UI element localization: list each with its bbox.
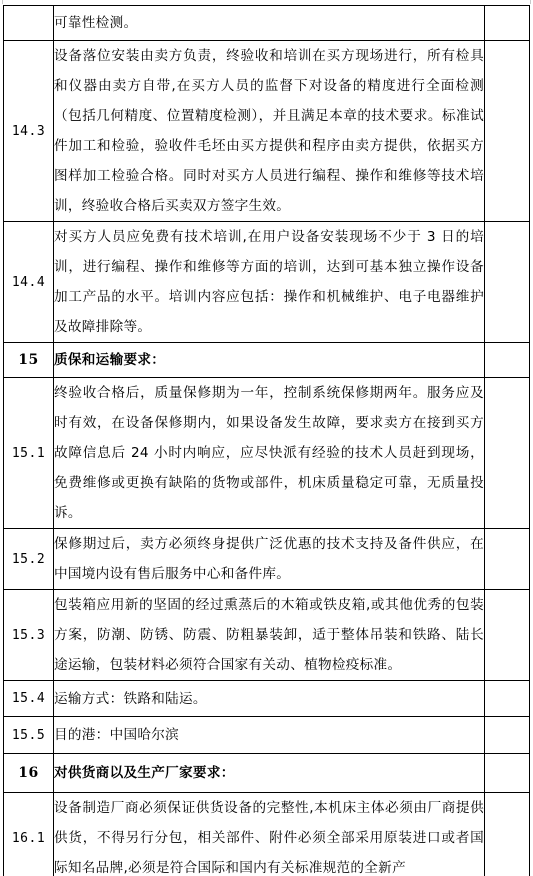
remarks-cell — [485, 717, 530, 754]
clause-text: 包装箱应用新的坚固的经过熏蒸后的木箱或铁皮箱,或其他优秀的包装方案，防潮、防锈、… — [54, 590, 485, 681]
page-corner-mark — [530, 0, 531, 4]
clause-text: 对买方人员应免费有技术培训,在用户设备安装现场不少于 3 日的培训，进行编程、操… — [54, 222, 485, 343]
document-page: 可靠性检测。 14.3 设备落位安装由卖方负责，终验收和培训在买方现场进行，所有… — [0, 0, 533, 876]
remarks-cell — [485, 343, 530, 378]
clause-text: 设备落位安装由卖方负责，终验收和培训在买方现场进行，所有检具和仪器由卖方自带,在… — [54, 41, 485, 222]
table-row: 可靠性检测。 — [4, 6, 530, 41]
remarks-cell — [485, 754, 530, 793]
remarks-cell — [485, 529, 530, 590]
table-row: 15.3 包装箱应用新的坚固的经过熏蒸后的木箱或铁皮箱,或其他优秀的包装方案，防… — [4, 590, 530, 681]
table-row: 15.4 运输方式：铁路和陆运。 — [4, 681, 530, 717]
clause-number: 16.1 — [4, 793, 54, 876]
remarks-cell — [485, 793, 530, 876]
table-row: 15.1 终验收合格后，质量保修期为一年，控制系统保修期两年。服务应及时有效，在… — [4, 378, 530, 529]
clause-number: 14.4 — [4, 222, 54, 343]
clause-number — [4, 6, 54, 41]
section-header-row: 16 对供货商以及生产厂家要求： — [4, 754, 530, 793]
clause-text: 终验收合格后，质量保修期为一年，控制系统保修期两年。服务应及时有效，在设备保修期… — [54, 378, 485, 529]
clause-text: 保修期过后，卖方必须终身提供广泛优惠的技术支持及备件供应，在中国境内设有售后服务… — [54, 529, 485, 590]
page-corner-mark — [2, 0, 3, 4]
clause-text: 可靠性检测。 — [54, 6, 485, 41]
clause-number: 15.3 — [4, 590, 54, 681]
clause-number: 15.4 — [4, 681, 54, 717]
remarks-cell — [485, 222, 530, 343]
table-row: 15.5 目的港：中国哈尔滨 — [4, 717, 530, 754]
remarks-cell — [485, 6, 530, 41]
table-row: 15.2 保修期过后，卖方必须终身提供广泛优惠的技术支持及备件供应，在中国境内设… — [4, 529, 530, 590]
remarks-cell — [485, 681, 530, 717]
clause-number: 14.3 — [4, 41, 54, 222]
section-number: 15 — [4, 343, 54, 378]
table-row: 16.1 设备制造厂商必须保证供货设备的完整性,本机床主体必须由厂商提供供货，不… — [4, 793, 530, 876]
section-header-row: 15 质保和运输要求： — [4, 343, 530, 378]
section-title: 质保和运输要求： — [54, 343, 485, 378]
section-title: 对供货商以及生产厂家要求： — [54, 754, 485, 793]
clause-text: 设备制造厂商必须保证供货设备的完整性,本机床主体必须由厂商提供供货，不得另行分包… — [54, 793, 485, 876]
remarks-cell — [485, 41, 530, 222]
section-number: 16 — [4, 754, 54, 793]
clause-number: 15.2 — [4, 529, 54, 590]
clause-number: 15.1 — [4, 378, 54, 529]
clause-text: 运输方式：铁路和陆运。 — [54, 681, 485, 717]
requirements-table: 可靠性检测。 14.3 设备落位安装由卖方负责，终验收和培训在买方现场进行，所有… — [3, 5, 530, 876]
remarks-cell — [485, 378, 530, 529]
table-row: 14.3 设备落位安装由卖方负责，终验收和培训在买方现场进行，所有检具和仪器由卖… — [4, 41, 530, 222]
remarks-cell — [485, 590, 530, 681]
table-row: 14.4 对买方人员应免费有技术培训,在用户设备安装现场不少于 3 日的培训，进… — [4, 222, 530, 343]
clause-number: 15.5 — [4, 717, 54, 754]
clause-text: 目的港：中国哈尔滨 — [54, 717, 485, 754]
